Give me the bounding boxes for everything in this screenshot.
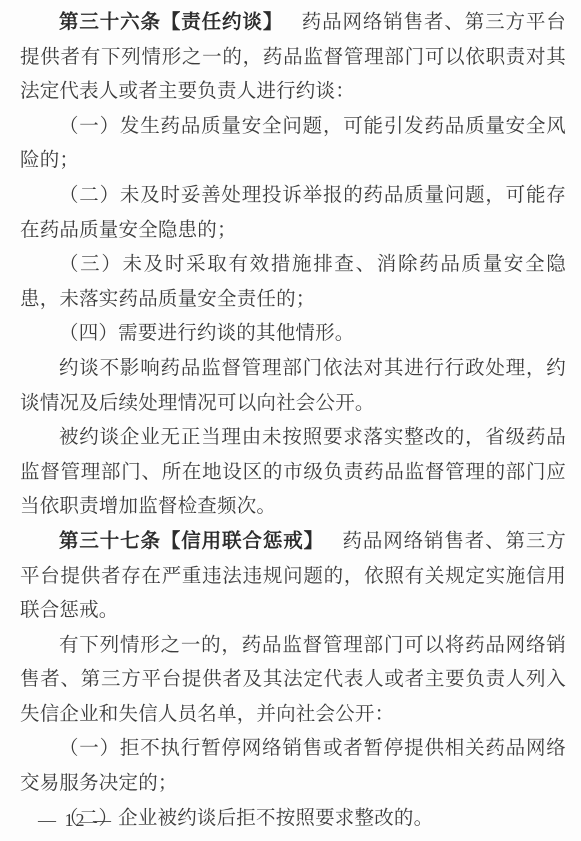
article-37-item-1: （一）拒不执行暂停网络销售或者暂停提供相关药品网络交易服务决定的； <box>20 732 566 801</box>
document-text-block: 第三十六条【责任约谈】药品网络销售者、第三方平台提供者有下列情形之一的，药品监督… <box>0 0 581 836</box>
article-36-paragraph: 第三十六条【责任约谈】药品网络销售者、第三方平台提供者有下列情形之一的，药品监督… <box>20 6 566 110</box>
article-36-rectification-paragraph: 被约谈企业无正当理由未按照要求落实整改的，省级药品监督管理部门、所在地设区的市级… <box>20 421 566 525</box>
article-37-heading: 第三十七条【信用联合惩戒】 <box>59 531 324 552</box>
article-36-followup-paragraph: 约谈不影响药品监督管理部门依法对其进行行政处理，约谈情况及后续处理情况可以向社会… <box>20 352 566 421</box>
page-number: — 12 — <box>38 806 113 834</box>
document-page: 第三十六条【责任约谈】药品网络销售者、第三方平台提供者有下列情形之一的，药品监督… <box>0 0 581 841</box>
article-37-paragraph: 第三十七条【信用联合惩戒】药品网络销售者、第三方平台提供者存在严重违法违规问题的… <box>20 525 566 629</box>
article-36-heading: 第三十六条【责任约谈】 <box>59 12 283 33</box>
article-36-item-4: （四）需要进行约谈的其他情形。 <box>20 317 566 352</box>
article-37-intro-paragraph: 有下列情形之一的，药品监督管理部门可以将药品网络销售者、第三方平台提供者及其法定… <box>20 629 566 733</box>
article-36-item-1: （一）发生药品质量安全问题，可能引发药品质量安全风险的； <box>20 110 566 179</box>
article-36-item-3: （三）未及时采取有效措施排查、消除药品质量安全隐患，未落实药品质量安全责任的； <box>20 248 566 317</box>
article-36-item-2: （二）未及时妥善处理投诉举报的药品质量问题，可能存在药品质量安全隐患的； <box>20 179 566 248</box>
